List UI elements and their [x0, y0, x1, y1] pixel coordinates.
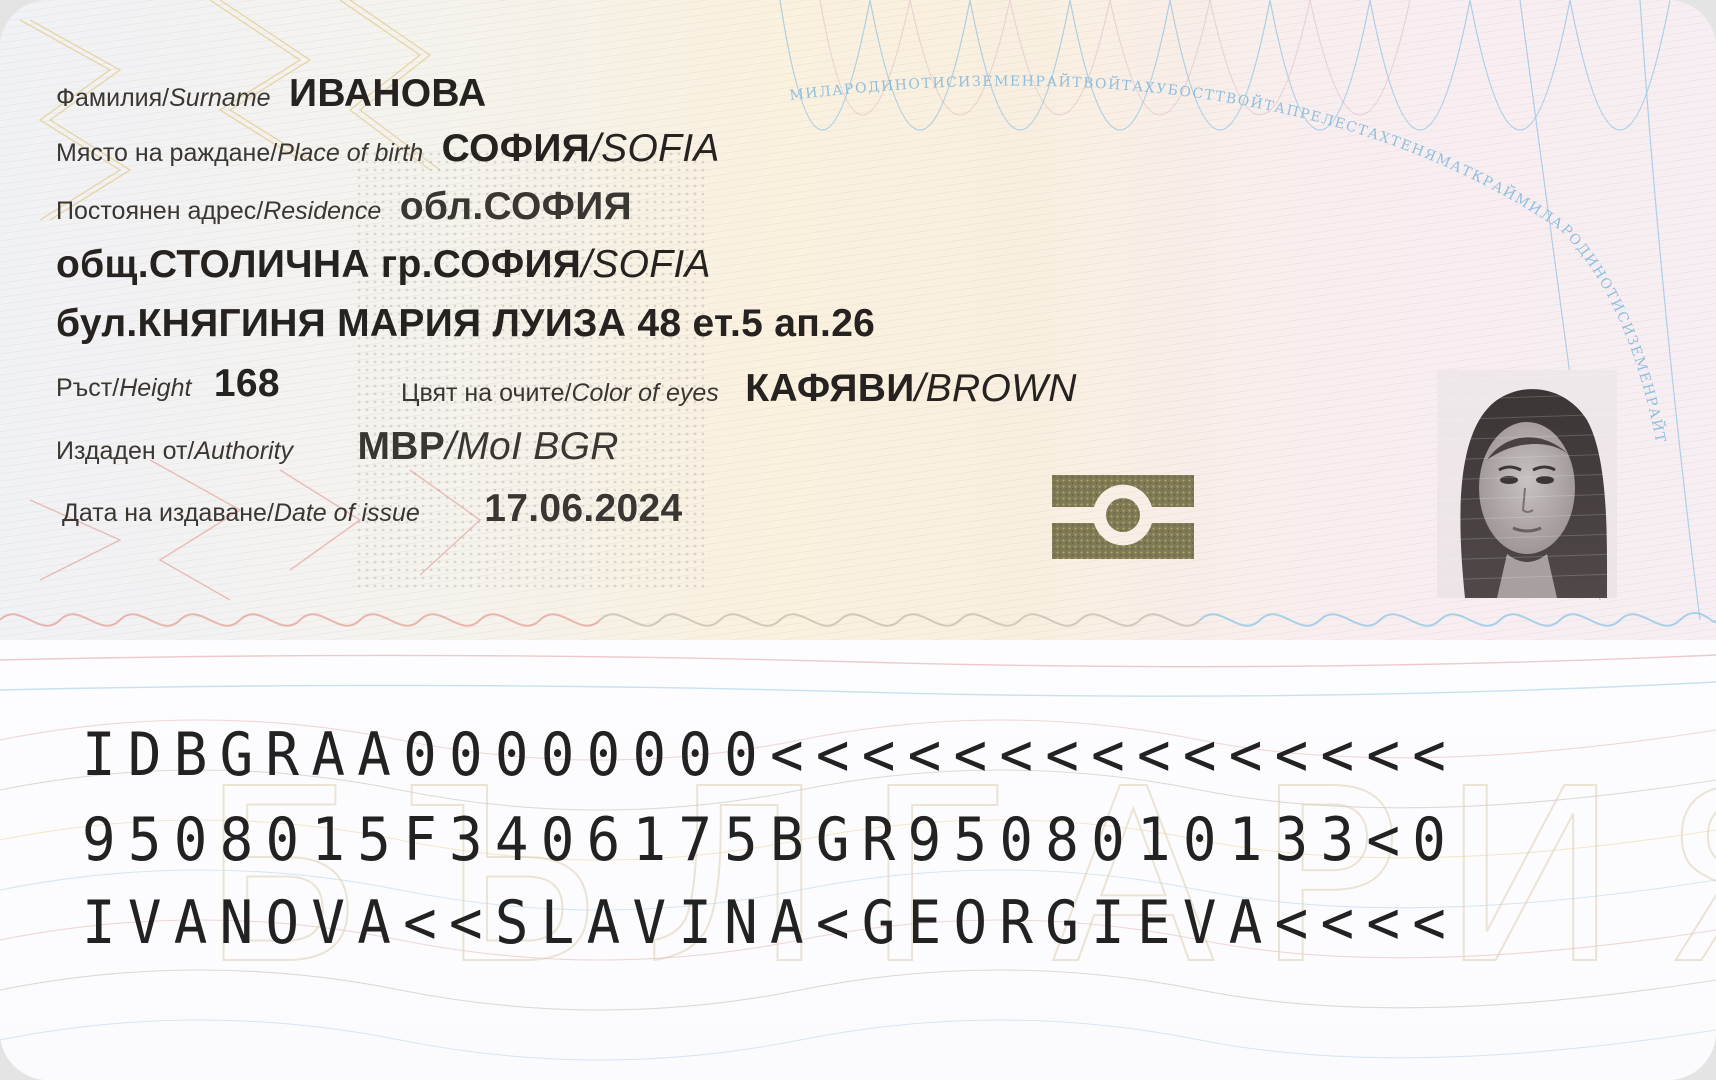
mrz-line-3: IVANOVA<<SLAVINA<GEORGIEVA<<<< — [82, 888, 1458, 958]
eye-color-label: Цвят на очите/Color of eyes — [401, 379, 719, 407]
height-field: Ръст/Height 168 — [56, 362, 280, 406]
holder-photo — [1437, 370, 1617, 598]
residence-line3-value: бул.КНЯГИНЯ МАРИЯ ЛУИЗА 48 ет.5 ап.26 — [56, 302, 875, 345]
place-of-birth-field: Място на раждане/Place of birth СОФИЯ/SO… — [56, 127, 720, 171]
residence-line3: бул.КНЯГИНЯ МАРИЯ ЛУИЗА 48 ет.5 ап.26 — [56, 302, 875, 346]
residence-field: Постоянен адрес/Residence обл.СОФИЯ — [56, 185, 632, 229]
mrz-line-1: IDBGRAA00000000<<<<<<<<<<<<<<< — [82, 720, 1458, 790]
residence-line2-bg: общ.СТОЛИЧНА гр.СОФИЯ — [56, 243, 581, 286]
height-label: Ръст/Height — [56, 374, 191, 402]
residence-separator: / — [581, 243, 592, 286]
portrait-image — [1437, 370, 1617, 598]
residence-label: Постоянен адрес/Residence — [56, 197, 381, 225]
residence-line2-en: SOFIA — [592, 243, 711, 286]
residence-line1: обл.СОФИЯ — [400, 185, 632, 228]
id-card: МИЛАРОДИНОТИСИЗЕМЕНРАЙТВОЙТАХУБОСТТВОЙТА… — [0, 0, 1716, 1080]
residence-line2: общ.СТОЛИЧНА гр.СОФИЯ/SOFIA — [56, 243, 711, 287]
date-of-issue-field: Дата на издаване/Date of issue 17.06.202… — [62, 487, 682, 531]
surname-label: Фамилия/Surname — [56, 84, 271, 112]
surname-value: ИВАНОВА — [289, 72, 486, 115]
authority-field: Издаден от/Authority МВР/MoI BGR — [56, 425, 619, 469]
date-of-issue-label: Дата на издаване/Date of issue — [62, 499, 420, 527]
surname-field: Фамилия/Surname ИВАНОВА — [56, 72, 486, 116]
contactless-chip-icon — [1050, 473, 1196, 561]
date-of-issue-value: 17.06.2024 — [484, 487, 682, 530]
height-value: 168 — [214, 362, 280, 405]
authority-value: МВР/MoI BGR — [358, 425, 619, 468]
authority-label: Издаден от/Authority — [56, 437, 293, 465]
place-of-birth-value: СОФИЯ/SOFIA — [442, 127, 720, 170]
place-of-birth-label: Място на раждане/Place of birth — [56, 139, 423, 167]
mrz-line-2: 9508015F3406175BGR9508010133<0 — [82, 805, 1458, 875]
eye-color-field: Цвят на очите/Color of eyes КАФЯВИ/BROWN — [401, 367, 1077, 411]
eye-color-value: КАФЯВИ/BROWN — [745, 367, 1076, 410]
